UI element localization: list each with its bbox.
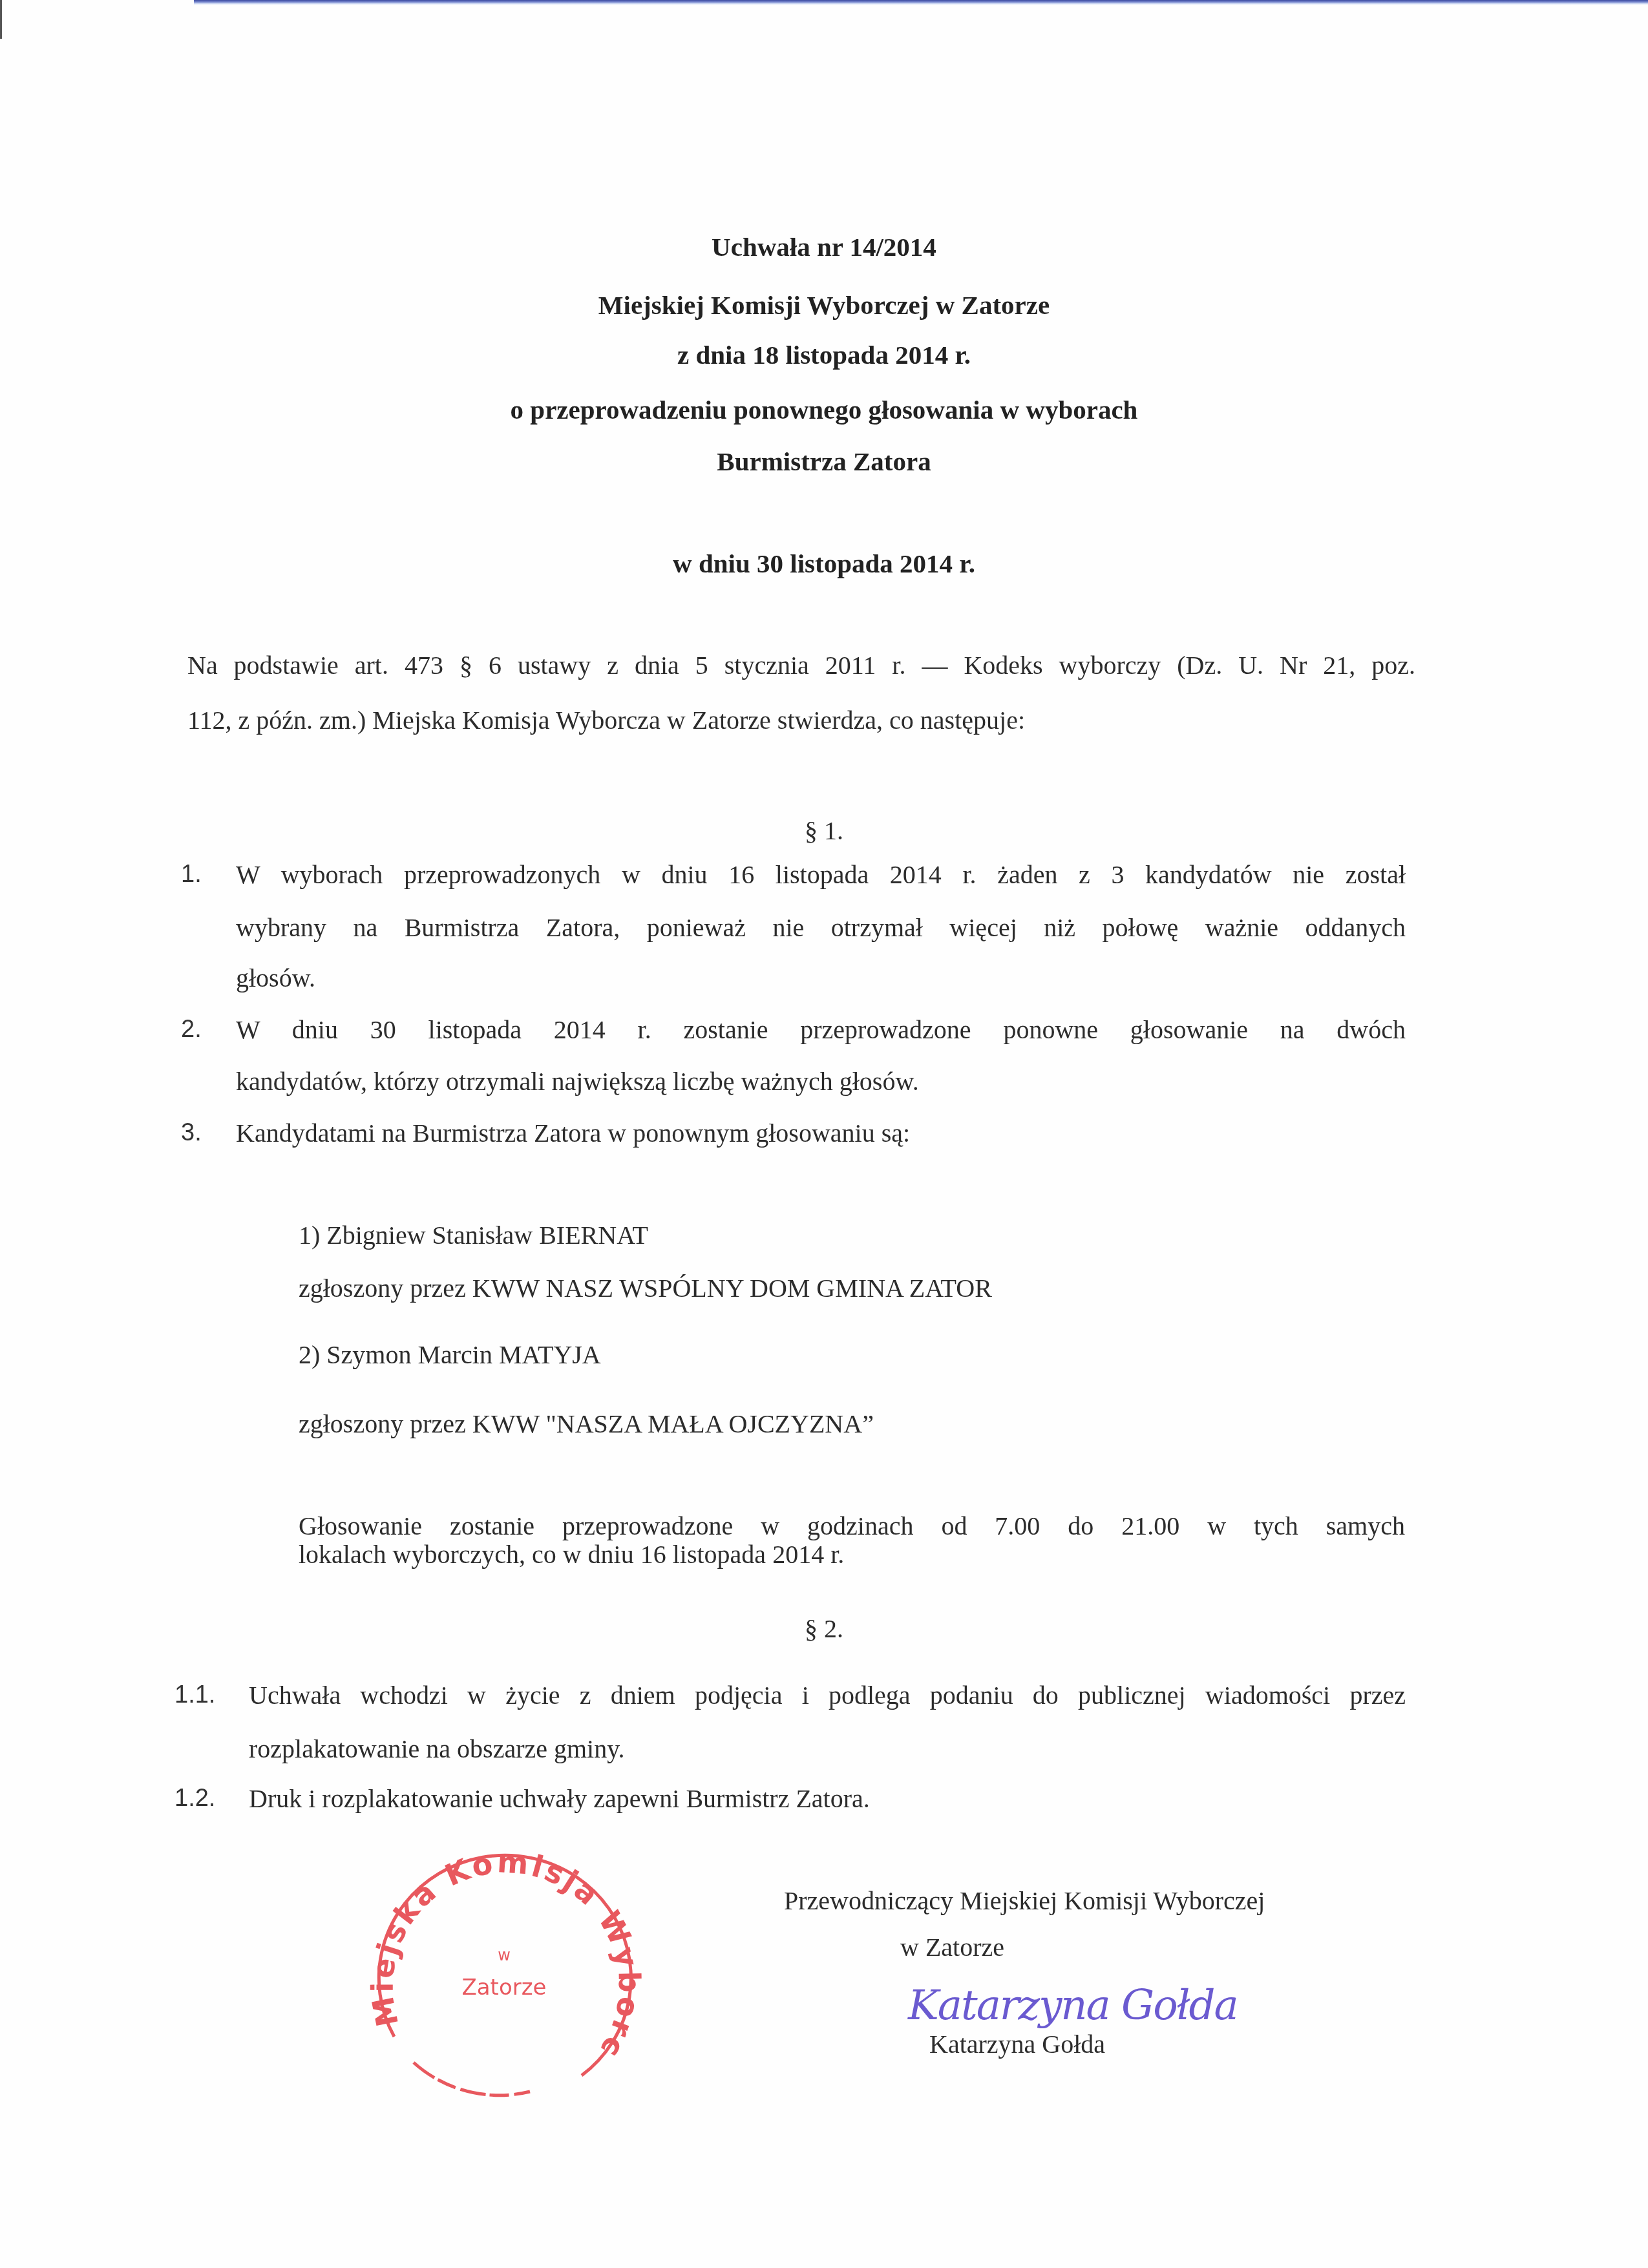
resolution-title: Uchwała nr 14/2014 xyxy=(0,231,1648,262)
item-line: wybrany na Burmistrza Zatora, ponieważ n… xyxy=(236,912,1406,943)
voting-info-line2: lokalach wyborczych, co w dniu 16 listop… xyxy=(299,1540,844,1569)
resolution-body: Miejskiej Komisji Wyborczej w Zatorze xyxy=(0,289,1648,320)
candidate-2-nomination: zgłoszony przez KWW "NASZA MAŁA OJCZYZNA… xyxy=(299,1409,874,1439)
signatory-title: Przewodniczący Miejskiej Komisji Wyborcz… xyxy=(784,1885,1265,1916)
item-line: Kandydatami na Burmistrza Zatora w ponow… xyxy=(236,1118,910,1148)
section-2-heading: § 2. xyxy=(0,1613,1648,1644)
section-1-item-1-cont: wybrany na Burmistrza Zatora, ponieważ n… xyxy=(236,912,1406,943)
section-2-item-1-cont: rozplakatowanie na obszarze gminy. xyxy=(249,1734,625,1764)
section-1-item-1-end: głosów. xyxy=(236,963,315,993)
section-1-item-3: Kandydatami na Burmistrza Zatora w ponow… xyxy=(236,1118,910,1148)
item-line: Druk i rozplakatowanie uchwały zapewni B… xyxy=(249,1783,870,1814)
stamp-center-city: Zatorze xyxy=(461,1975,546,2000)
stamp-center-w: w xyxy=(498,1946,511,1964)
section-2-item-2: Druk i rozplakatowanie uchwały zapewni B… xyxy=(249,1783,870,1814)
resolution-date: z dnia 18 listopada 2014 r. xyxy=(0,339,1648,370)
scan-edge-line xyxy=(194,0,1648,5)
item-number: 1. xyxy=(181,861,202,888)
resolution-subject-line2: Burmistrza Zatora xyxy=(0,446,1648,477)
item-line: W dniu 30 listopada 2014 r. zostanie prz… xyxy=(236,1014,1406,1045)
item-number: 2. xyxy=(181,1016,202,1044)
section-1-heading: § 1. xyxy=(0,815,1648,846)
item-number: 1.2. xyxy=(174,1785,215,1812)
voting-info: Głosowanie zostanie przeprowadzone w god… xyxy=(299,1512,1405,1569)
vote-date: w dniu 30 listopada 2014 r. xyxy=(0,548,1648,579)
candidate-2-name: 2) Szymon Marcin MATYJA xyxy=(299,1339,601,1370)
preamble-line2: 112, z późn. zm.) Miejska Komisja Wyborc… xyxy=(187,708,1415,733)
item-line: głosów. xyxy=(236,963,315,993)
section-2-item-1: Uchwała wchodzi w życie z dniem podjęcia… xyxy=(249,1680,1406,1710)
voting-info-line1: Głosowanie zostanie przeprowadzone w god… xyxy=(299,1512,1405,1540)
item-line: kandydatów, którzy otrzymali największą … xyxy=(236,1066,919,1097)
preamble: Na podstawie art. 473 § 6 ustawy z dnia … xyxy=(187,653,1415,733)
candidate-1-name: 1) Zbigniew Stanisław BIERNAT xyxy=(299,1220,648,1250)
section-1-item-2: W dniu 30 listopada 2014 r. zostanie prz… xyxy=(236,1014,1406,1045)
official-stamp: Miejska Komisja Wyborcza w Zatorze xyxy=(368,1843,653,2101)
preamble-line1: Na podstawie art. 473 § 6 ustawy z dnia … xyxy=(187,653,1415,678)
section-1-item-2-cont: kandydatów, którzy otrzymali największą … xyxy=(236,1066,919,1097)
handwritten-signature: Katarzyna Gołda xyxy=(902,1968,1328,2039)
signatory-name: Katarzyna Gołda xyxy=(929,2029,1105,2059)
item-number: 3. xyxy=(181,1119,202,1147)
item-number: 1.1. xyxy=(174,1681,215,1709)
item-line: W wyborach przeprowadzonych w dniu 16 li… xyxy=(236,859,1406,890)
candidate-1-nomination: zgłoszony przez KWW NASZ WSPÓLNY DOM GMI… xyxy=(299,1273,992,1303)
item-line: rozplakatowanie na obszarze gminy. xyxy=(249,1734,625,1764)
item-line: Uchwała wchodzi w życie z dniem podjęcia… xyxy=(249,1680,1406,1710)
signatory-title-location: w Zatorze xyxy=(900,1932,1004,1962)
scan-edge-left xyxy=(0,0,2,39)
svg-text:Katarzyna Gołda: Katarzyna Gołda xyxy=(907,1982,1238,2030)
resolution-subject-line1: o przeprowadzeniu ponownego głosowania w… xyxy=(0,394,1648,425)
section-1-item-1: W wyborach przeprowadzonych w dniu 16 li… xyxy=(236,859,1406,890)
